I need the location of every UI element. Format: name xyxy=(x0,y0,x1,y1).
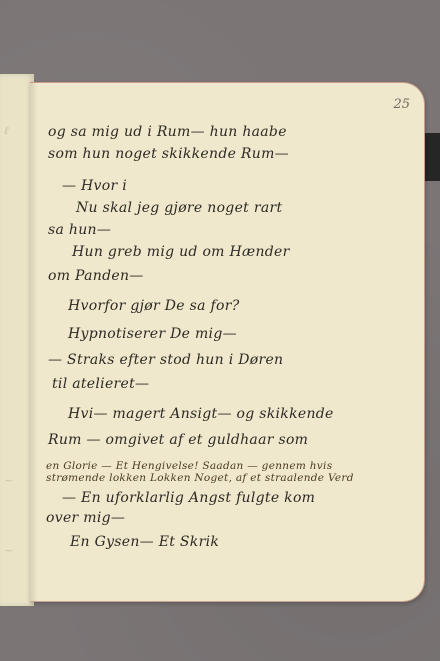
handwritten-line: Hun greb mig ud om Hænder xyxy=(72,244,290,260)
page-number: 25 xyxy=(393,97,410,112)
handwritten-line: til atelieret— xyxy=(52,376,149,392)
bleed-through-mark: ℓ xyxy=(4,124,9,137)
handwritten-line: og sa mig ud i Rum— hun haabe xyxy=(48,124,287,140)
handwritten-line: strømende lokken Lokken Noget, af et str… xyxy=(46,472,354,484)
handwritten-line: over mig— xyxy=(46,510,125,526)
bleed-through-mark: ~ xyxy=(4,474,13,487)
handwritten-line: — En uforklarlig Angst fulgte kom xyxy=(62,490,315,506)
handwritten-line: — Straks efter stod hun i Døren xyxy=(48,352,283,368)
handwritten-line: som hun noget skikkende Rum— xyxy=(48,146,289,162)
handwritten-line: om Panden— xyxy=(48,268,144,284)
handwritten-line: Hvorfor gjør De sa for? xyxy=(68,298,240,314)
handwritten-line: — Hvor i xyxy=(62,178,127,194)
handwritten-line: sa hun— xyxy=(48,222,111,238)
left-page-edge: ℓ ~ ~ xyxy=(0,74,34,606)
handwritten-line: en Glorie — Et Hengivelse! Saadan — genn… xyxy=(46,460,332,472)
handwritten-line: En Gysen— Et Skrik xyxy=(70,534,219,550)
bleed-through-mark: ~ xyxy=(4,544,13,557)
handwritten-line: Rum — omgivet af et guldhaar som xyxy=(48,432,308,448)
handwritten-line: Hvi— magert Ansigt— og skikkende xyxy=(68,406,334,422)
handwritten-line: Nu skal jeg gjøre noget rart xyxy=(76,200,282,216)
handwritten-line: Hypnotiserer De mig— xyxy=(68,326,237,342)
